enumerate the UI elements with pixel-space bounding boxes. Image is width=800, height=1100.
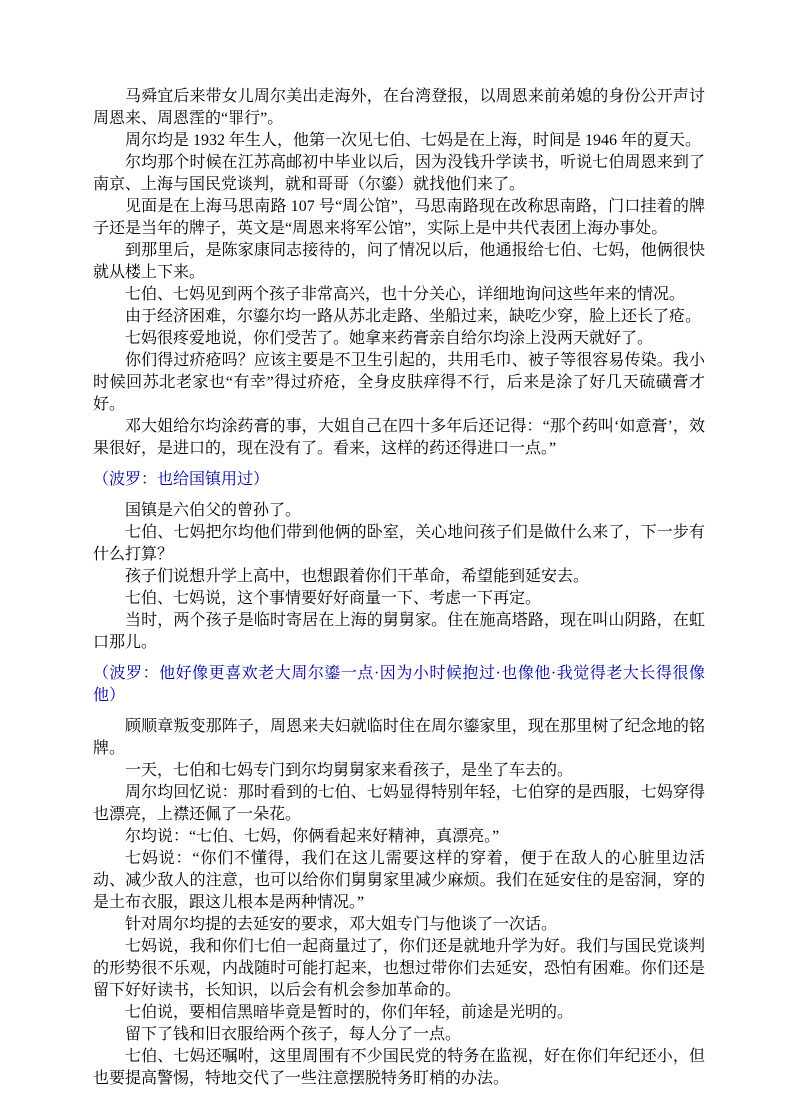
paragraph: 周尔均是 1932 年生人，他第一次见七伯、七妈是在上海，时间是 1946 年的… xyxy=(93,130,705,152)
margin-note: （波罗：也给国镇用过） xyxy=(93,469,705,491)
paragraph: 七伯、七妈把尔均他们带到他俩的卧室，关心地问孩子们是做什么来了，下一步有什么打算… xyxy=(93,522,705,566)
paragraph: 留下了钱和旧衣服给两个孩子，每人分了一点。 xyxy=(93,1024,705,1046)
paragraph: 国镇是六伯父的曾孙了。 xyxy=(93,500,705,522)
paragraph: 顾顺章叛变那阵子，周恩来夫妇就临时住在周尔鎏家里，现在那里树了纪念地的铭牌。 xyxy=(93,716,705,760)
paragraph: 由于经济困难，尔鎏尔均一路从苏北走路、坐船过来，缺吃少穿，脸上还长了疮。 xyxy=(93,306,705,328)
paragraph: 七妈很疼爱地说，你们受苦了。她拿来药膏亲自给尔均涂上没两天就好了。 xyxy=(93,328,705,350)
paragraph: 七伯、七妈见到两个孩子非常高兴，也十分关心，详细地询问这些年来的情况。 xyxy=(93,284,705,306)
paragraph: 七伯、七妈说，这个事情要好好商量一下、考虑一下再定。 xyxy=(93,588,705,610)
paragraph: 七妈说，我和你们七伯一起商量过了，你们还是就地升学为好。我们与国民党谈判的形势很… xyxy=(93,936,705,1002)
paragraph: 当时，两个孩子是临时寄居在上海的舅舅家。住在施高塔路，现在叫山阴路，在虹口那儿。 xyxy=(93,610,705,654)
paragraph: 周尔均回忆说：那时看到的七伯、七妈显得特别年轻，七伯穿的是西服，七妈穿得也漂亮，… xyxy=(93,782,705,826)
paragraph: 到那里后，是陈家康同志接待的，问了情况以后，他通报给七伯、七妈，他俩很快就从楼上… xyxy=(93,240,705,284)
paragraph: 尔均那个时候在江苏高邮初中毕业以后，因为没钱升学读书，听说七伯周恩来到了南京、上… xyxy=(93,152,705,196)
document-viewport: { "page": { "background_color": "#ffffff… xyxy=(0,0,800,1100)
paragraph: 针对周尔均提的去延安的要求，邓大姐专门与他谈了一次话。 xyxy=(93,914,705,936)
paragraph: 你们得过疥疮吗？应该主要是不卫生引起的，共用毛巾、被子等很容易传染。我小时候回苏… xyxy=(93,350,705,416)
paragraph: 七妈说：“你们不懂得，我们在这儿需要这样的穿着，便于在敌人的心脏里边活动、减少敌… xyxy=(93,848,705,914)
paragraph: 尔均说：“七伯、七妈，你俩看起来好精神，真漂亮。” xyxy=(93,826,705,848)
paragraph: 邓大姐给尔均涂药膏的事，大姐自己在四十多年后还记得：“那个药叫‘如意膏’，效果很… xyxy=(93,416,705,460)
paragraph: 七伯说，要相信黑暗毕竟是暂时的，你们年轻，前途是光明的。 xyxy=(93,1002,705,1024)
paragraph: 马舜宜后来带女儿周尔美出走海外，在台湾登报，以周恩来前弟媳的身份公开声讨周恩来、… xyxy=(93,86,705,130)
document-page: 马舜宜后来带女儿周尔美出走海外，在台湾登报，以周恩来前弟媳的身份公开声讨周恩来、… xyxy=(93,86,705,1090)
margin-note: （波罗：他好像更喜欢老大周尔鎏一点·因为小时候抱过·也像他·我觉得老大长得很像他… xyxy=(93,663,705,707)
paragraph: 一天，七伯和七妈专门到尔均舅舅家来看孩子，是坐了车去的。 xyxy=(93,760,705,782)
paragraph: 见面是在上海马思南路 107 号“周公馆”，马思南路现在改称思南路，门口挂着的牌… xyxy=(93,196,705,240)
paragraph: 孩子们说想升学上高中，也想跟着你们干革命，希望能到延安去。 xyxy=(93,566,705,588)
paragraph: 七伯、七妈还嘱咐，这里周围有不少国民党的特务在监视，好在你们年纪还小，但也要提高… xyxy=(93,1046,705,1090)
